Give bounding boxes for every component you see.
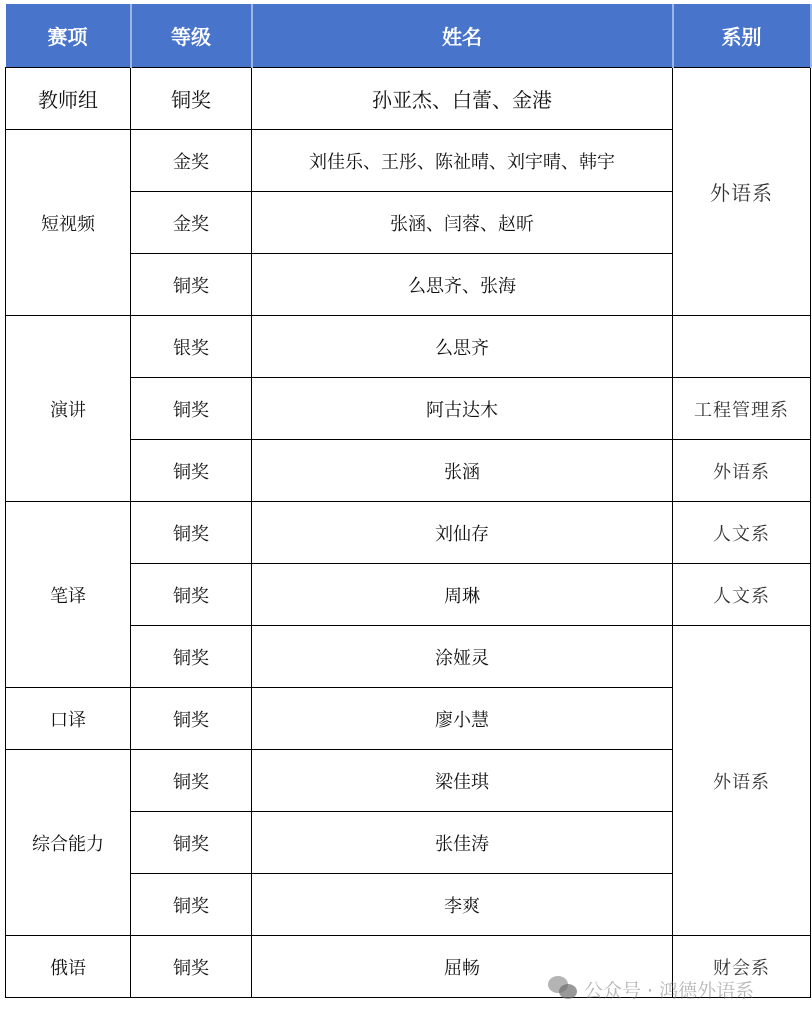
event-cell: 演讲 xyxy=(6,316,131,502)
names-cell: 梁佳琪 xyxy=(252,750,673,812)
event-cell: 短视频 xyxy=(6,130,131,316)
table-row: 教师组 铜奖 孙亚杰、白蕾、金港 外语系 xyxy=(6,68,811,130)
level-cell: 铜奖 xyxy=(131,564,252,626)
dept-cell: 财会系 xyxy=(673,936,811,998)
event-cell: 综合能力 xyxy=(6,750,131,936)
names-cell: 张佳涛 xyxy=(252,812,673,874)
dept-cell: 外语系 xyxy=(673,440,811,502)
level-cell: 铜奖 xyxy=(131,626,252,688)
table-row: 俄语 铜奖 屈畅 财会系 xyxy=(6,936,811,998)
names-cell: 么思齐、张海 xyxy=(252,254,673,316)
names-cell: 李爽 xyxy=(252,874,673,936)
dept-cell: 人文系 xyxy=(673,502,811,564)
dept-cell: 人文系 xyxy=(673,564,811,626)
table-row: 笔译 铜奖 刘仙存 人文系 xyxy=(6,502,811,564)
level-cell: 铜奖 xyxy=(131,378,252,440)
level-cell: 铜奖 xyxy=(131,688,252,750)
names-cell: 屈畅 xyxy=(252,936,673,998)
level-cell: 铜奖 xyxy=(131,254,252,316)
dept-cell: 工程管理系 xyxy=(673,378,811,440)
names-cell: 么思齐 xyxy=(252,316,673,378)
dept-cell xyxy=(673,316,811,378)
header-event: 赛项 xyxy=(6,4,131,68)
level-cell: 铜奖 xyxy=(131,936,252,998)
event-cell: 笔译 xyxy=(6,502,131,688)
dept-cell: 外语系 xyxy=(673,68,811,316)
header-dept: 系别 xyxy=(673,4,811,68)
awards-table: 赛项 等级 姓名 系别 教师组 铜奖 孙亚杰、白蕾、金港 外语系 短视频 金奖 … xyxy=(5,4,812,998)
level-cell: 铜奖 xyxy=(131,68,252,130)
header-row: 赛项 等级 姓名 系别 xyxy=(6,4,811,68)
level-cell: 铜奖 xyxy=(131,812,252,874)
event-cell: 俄语 xyxy=(6,936,131,998)
level-cell: 金奖 xyxy=(131,130,252,192)
level-cell: 铜奖 xyxy=(131,502,252,564)
names-cell: 张涵 xyxy=(252,440,673,502)
level-cell: 银奖 xyxy=(131,316,252,378)
level-cell: 金奖 xyxy=(131,192,252,254)
event-cell: 口译 xyxy=(6,688,131,750)
level-cell: 铜奖 xyxy=(131,750,252,812)
header-level: 等级 xyxy=(131,4,252,68)
dept-cell: 外语系 xyxy=(673,626,811,936)
names-cell: 张涵、闫蓉、赵昕 xyxy=(252,192,673,254)
level-cell: 铜奖 xyxy=(131,874,252,936)
names-cell: 阿古达木 xyxy=(252,378,673,440)
header-names: 姓名 xyxy=(252,4,673,68)
names-cell: 孙亚杰、白蕾、金港 xyxy=(252,68,673,130)
names-cell: 刘仙存 xyxy=(252,502,673,564)
names-cell: 廖小慧 xyxy=(252,688,673,750)
names-cell: 周琳 xyxy=(252,564,673,626)
names-cell: 刘佳乐、王彤、陈祉晴、刘宇晴、韩宇 xyxy=(252,130,673,192)
event-cell: 教师组 xyxy=(6,68,131,130)
level-cell: 铜奖 xyxy=(131,440,252,502)
names-cell: 涂娅灵 xyxy=(252,626,673,688)
table-row: 演讲 银奖 么思齐 xyxy=(6,316,811,378)
